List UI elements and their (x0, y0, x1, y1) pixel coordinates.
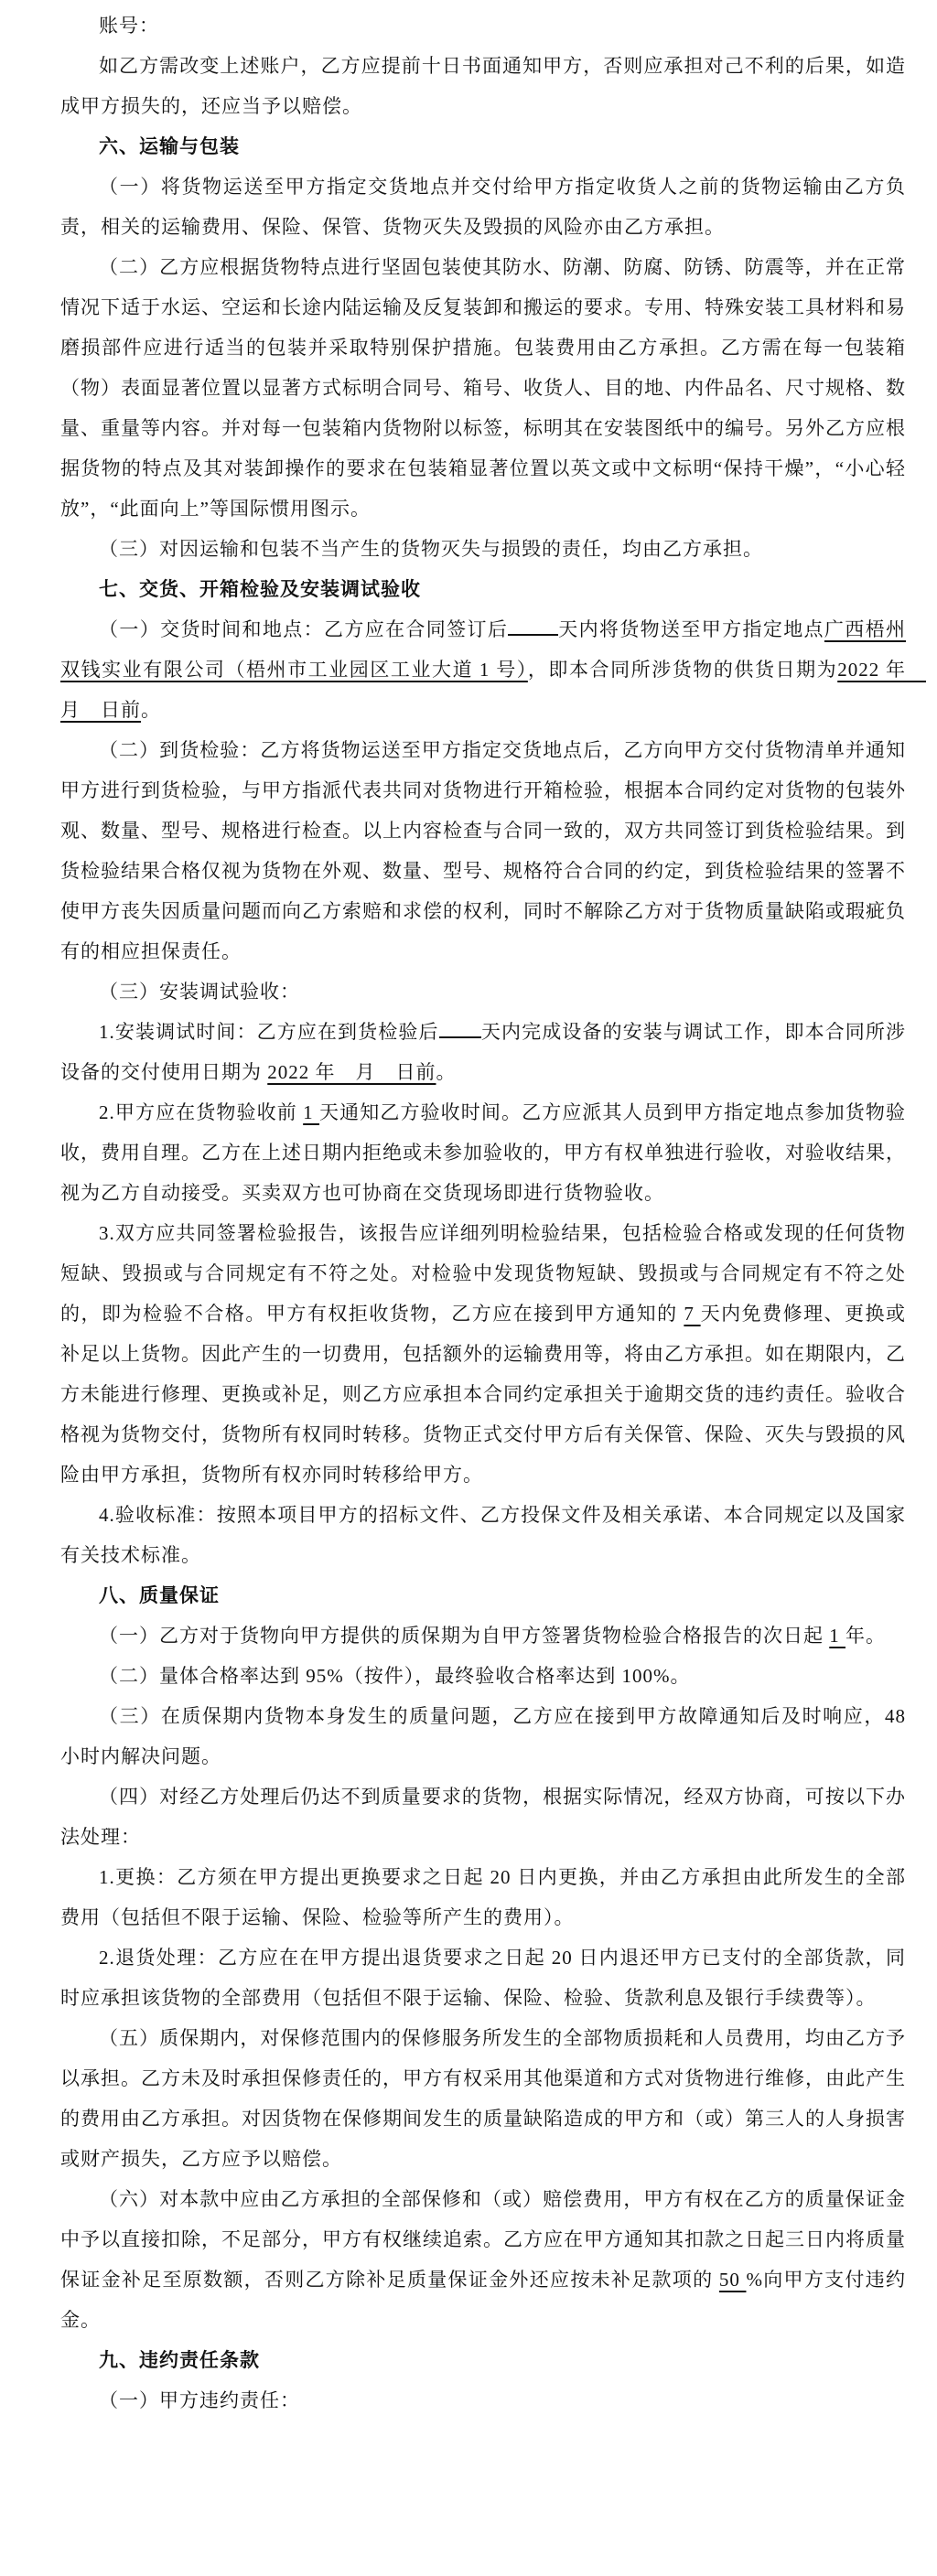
text-run: （四）对经乙方处理后仍达不到质量要求的货物，根据实际情况，经双方协商，可按以下办… (60, 1786, 906, 1848)
text-run: （三）在质保期内货物本身发生的质量问题，乙方应在接到甲方故障通知后及时响应，48… (60, 1705, 906, 1767)
fill-in-blank (439, 1019, 481, 1038)
contract-paragraph: 2.退货处理：乙方应在在甲方提出退货要求之日起 20 日内退还甲方已支付的全部货… (60, 1937, 906, 2018)
filled-in-value: 7 (684, 1303, 700, 1325)
fill-in-blank (508, 617, 558, 636)
contract-document: 账号：如乙方需改变上述账户，乙方应提前十日书面通知甲方，否则应承担对己不利的后果… (0, 0, 937, 2576)
section-heading: 八、质量保证 (60, 1575, 906, 1615)
contract-paragraph: （一）乙方对于货物向甲方提供的质保期为自甲方签署货物检验合格报告的次日起 1 年… (60, 1615, 906, 1656)
section-heading: 七、交货、开箱检验及安装调试验收 (60, 569, 906, 609)
text-run: 如乙方需改变上述账户，乙方应提前十日书面通知甲方，否则应承担对己不利的后果，如造… (60, 55, 906, 117)
text-run: 年。 (845, 1625, 886, 1647)
text-run: 天内免费修理、更换或补足以上货物。因此产生的一切费用，包括额外的运输费用等，将由… (60, 1303, 906, 1486)
text-run: 4.验收标准：按照本项目甲方的招标文件、乙方投保文件及相关承诺、本合同规定以及国… (60, 1504, 906, 1566)
text-run: 2.退货处理：乙方应在在甲方提出退货要求之日起 20 日内退还甲方已支付的全部货… (60, 1947, 906, 2009)
text-run: ，即本合同所涉货物的供货日期为 (528, 659, 837, 681)
contract-paragraph: 1.更换：乙方须在甲方提出更换要求之日起 20 日内更换，并由乙方承担由此所发生… (60, 1857, 906, 1937)
text-run: （二）量体合格率达到 95%（按件），最终验收合格率达到 100%。 (99, 1665, 690, 1687)
filled-in-value: 1 (303, 1101, 319, 1123)
contract-paragraph: 1.安装调试时间：乙方应在到货检验后天内完成设备的安装与调试工作，即本合同所涉设… (60, 1012, 906, 1092)
text-run: （一）交货时间和地点：乙方应在合同签订后 (99, 618, 508, 640)
contract-paragraph: （一）将货物运送至甲方指定交货地点并交付给甲方指定收货人之前的货物运输由乙方负责… (60, 166, 906, 247)
contract-paragraph: （三）在质保期内货物本身发生的质量问题，乙方应在接到甲方故障通知后及时响应，48… (60, 1696, 906, 1776)
text-run: （二）到货检验：乙方将货物运送至甲方指定交货地点后，乙方向甲方交付货物清单并通知… (60, 739, 906, 962)
text-run: （五）质保期内，对保修范围内的保修服务所发生的全部物质损耗和人员费用，均由乙方予… (60, 2027, 906, 2170)
contract-paragraph: 2.甲方应在货物验收前 1 天通知乙方验收时间。乙方应派其人员到甲方指定地点参加… (60, 1092, 906, 1213)
contract-paragraph: （三）对因运输和包装不当产生的货物灭失与损毁的责任，均由乙方承担。 (60, 529, 906, 569)
contract-paragraph: （二）量体合格率达到 95%（按件），最终验收合格率达到 100%。 (60, 1656, 906, 1696)
text-run: 2.甲方应在货物验收前 (99, 1101, 303, 1123)
text-run: （三）安装调试验收： (99, 981, 300, 1003)
contract-paragraph: （五）质保期内，对保修范围内的保修服务所发生的全部物质损耗和人员费用，均由乙方予… (60, 2018, 906, 2179)
contract-paragraph: （一）交货时间和地点：乙方应在合同签订后天内将货物送至甲方指定地点广西梧州双钱实… (60, 609, 906, 730)
contract-paragraph: （四）对经乙方处理后仍达不到质量要求的货物，根据实际情况，经双方协商，可按以下办… (60, 1776, 906, 1857)
text-run: 七、交货、开箱检验及安装调试验收 (99, 578, 421, 600)
contract-paragraph: （二）乙方应根据货物特点进行坚固包装使其防水、防潮、防腐、防锈、防震等，并在正常… (60, 247, 906, 529)
text-run: 。 (436, 1061, 457, 1083)
contract-paragraph: 账号： (60, 5, 906, 46)
text-run: 账号： (99, 15, 159, 37)
text-run: （一）乙方对于货物向甲方提供的质保期为自甲方签署货物检验合格报告的次日起 (99, 1625, 829, 1647)
contract-paragraph: （一）甲方违约责任： (60, 2380, 906, 2420)
contract-paragraph: 如乙方需改变上述账户，乙方应提前十日书面通知甲方，否则应承担对己不利的后果，如造… (60, 46, 906, 126)
text-run: （三）对因运输和包装不当产生的货物灭失与损毁的责任，均由乙方承担。 (99, 538, 763, 560)
text-run: （二）乙方应根据货物特点进行坚固包装使其防水、防潮、防腐、防锈、防震等，并在正常… (60, 256, 906, 520)
filled-in-value: 50 (719, 2269, 747, 2291)
contract-paragraph: （六）对本款中应由乙方承担的全部保修和（或）赔偿费用，甲方有权在乙方的质量保证金… (60, 2179, 906, 2340)
contract-paragraph: （二）到货检验：乙方将货物运送至甲方指定交货地点后，乙方向甲方交付货物清单并通知… (60, 730, 906, 971)
text-run: 天内将货物送至甲方指定地点 (558, 618, 824, 640)
text-run: 1.安装调试时间：乙方应在到货检验后 (99, 1021, 439, 1043)
text-run: 九、违约责任条款 (99, 2349, 260, 2371)
text-run: （一）甲方违约责任： (99, 2389, 300, 2411)
section-heading: 九、违约责任条款 (60, 2340, 906, 2380)
contract-paragraph: 4.验收标准：按照本项目甲方的招标文件、乙方投保文件及相关承诺、本合同规定以及国… (60, 1495, 906, 1575)
text-run: 八、质量保证 (99, 1584, 220, 1606)
filled-in-value: 2022 年 月 日前 (267, 1061, 436, 1083)
text-run: 1.更换：乙方须在甲方提出更换要求之日起 20 日内更换，并由乙方承担由此所发生… (60, 1866, 906, 1928)
contract-paragraph: 3.双方应共同签署检验报告，该报告应详细列明检验结果，包括检验合格或发现的任何货… (60, 1213, 906, 1495)
contract-paragraph: （三）安装调试验收： (60, 971, 906, 1012)
section-heading: 六、运输与包装 (60, 126, 906, 166)
text-run: 。 (141, 699, 161, 721)
text-run: （一）将货物运送至甲方指定交货地点并交付给甲方指定收货人之前的货物运输由乙方负责… (60, 176, 906, 238)
text-run: 六、运输与包装 (99, 135, 240, 157)
filled-in-value: 1 (829, 1625, 845, 1647)
